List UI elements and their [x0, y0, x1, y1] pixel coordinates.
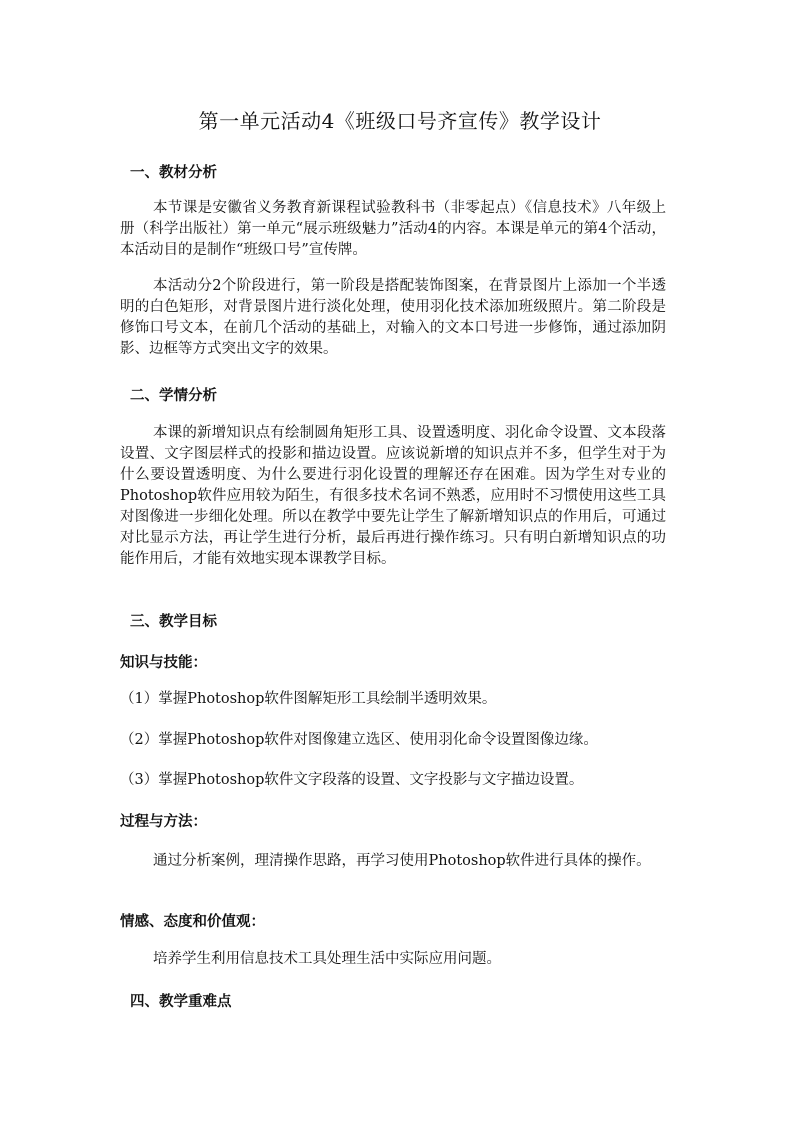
list-item: （3）掌握Photoshop软件文字段落的设置、文字投影与文字描边设置。 — [120, 770, 666, 791]
list-item: （1）掌握Photoshop软件图解矩形工具绘制半透明效果。 — [120, 689, 666, 710]
subheading-knowledge-skills: 知识与技能： — [120, 651, 207, 672]
section-heading-textbook-analysis: 一、教材分析 — [130, 161, 217, 182]
paragraph: 培养学生利用信息技术工具处理生活中实际应用问题。 — [120, 949, 666, 970]
paragraph: 本活动分2个阶段进行，第一阶段是搭配装饰图案，在背景图片上添加一个半透明的白色矩… — [120, 276, 666, 360]
section-heading-teaching-goals: 三、教学目标 — [130, 610, 217, 631]
subheading-process-method: 过程与方法： — [120, 810, 207, 831]
paragraph: 本节课是安徽省义务教育新课程试验教科书（非零起点）《信息技术》八年级上册（科学出… — [120, 198, 666, 261]
paragraph: 通过分析案例，理清操作思路，再学习使用Photoshop软件进行具体的操作。 — [120, 851, 666, 872]
section-heading-student-analysis: 二、学情分析 — [130, 384, 217, 405]
paragraph: 本课的新增知识点有绘制圆角矩形工具、设置透明度、羽化命令设置、文本段落设置、文字… — [120, 423, 666, 570]
list-item: （2）掌握Photoshop软件对图像建立选区、使用羽化命令设置图像边缘。 — [120, 730, 666, 751]
document-title: 第一单元活动4《班级口号齐宣传》教学设计 — [0, 105, 800, 134]
subheading-attitude-values: 情感、态度和价值观： — [120, 910, 265, 931]
section-heading-key-difficulties: 四、教学重难点 — [130, 990, 232, 1011]
